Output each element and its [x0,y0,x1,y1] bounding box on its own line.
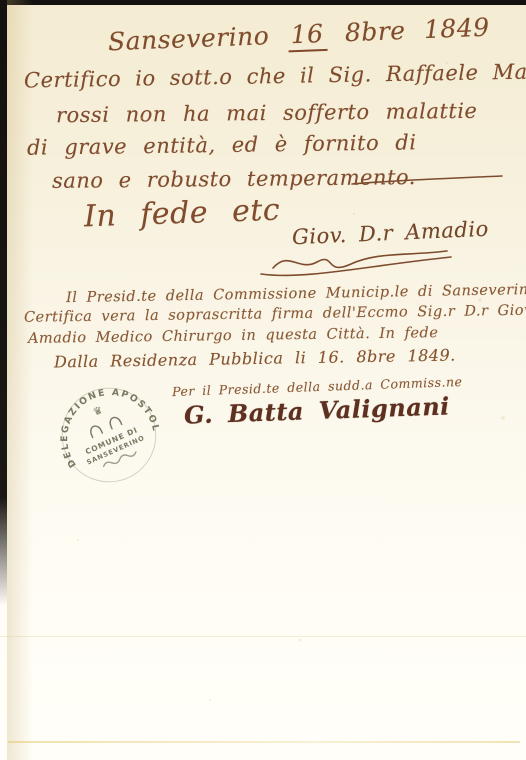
body-line: rossi non ha mai sofferto malattie [56,99,478,127]
paper-edge-shadow [7,0,33,760]
in-fede-line: In fede etc [83,193,280,235]
scan-edge-top [0,0,526,5]
scanned-document: Sanseverino 16 8bre 1849 Certifico io so… [0,0,526,760]
stamp-emblem-left [89,424,103,437]
body-line: sano e robusto temperamento. [52,165,416,193]
date-place: Sanseverino [108,21,270,56]
crown-icon: ♛ [91,404,105,419]
paper-bottom-crease [8,741,520,743]
date-month: 8bre [344,16,406,47]
date-year: 1849 [423,13,490,44]
stamp-emblem-right [108,416,122,429]
date-day-underlined: 16 [287,19,327,52]
paper-fold-line [0,636,526,637]
scan-edge-left [0,0,7,606]
